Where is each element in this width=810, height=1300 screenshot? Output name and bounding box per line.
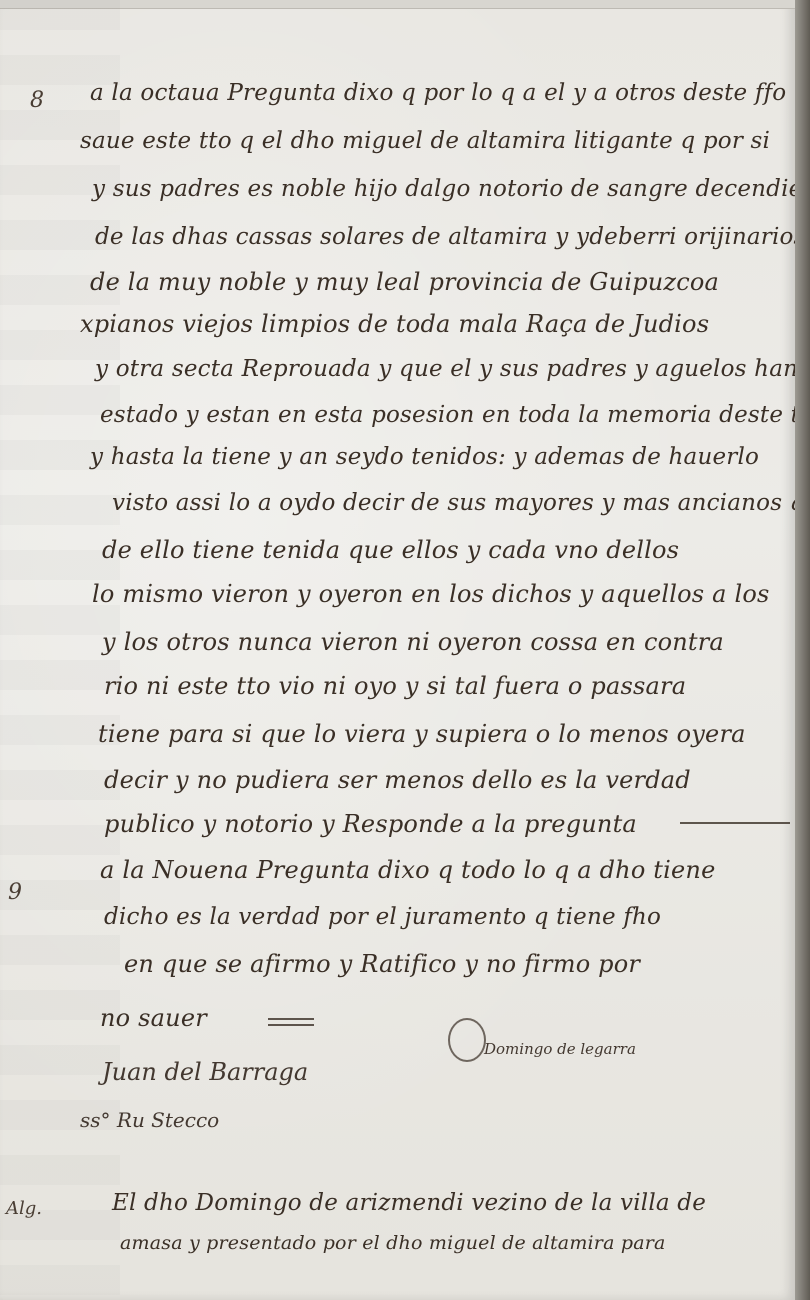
closing-line: El dho Domingo de arizmendi vezino de la… xyxy=(112,1190,706,1216)
text-line: y sus padres es noble hijo dalgo notorio… xyxy=(92,176,810,202)
margin-note-bottom: Alg. xyxy=(6,1198,42,1219)
text-line: lo mismo vieron y oyeron en los dichos y… xyxy=(92,580,770,608)
line-end-rule xyxy=(268,1024,314,1026)
signature-flourish xyxy=(448,1018,486,1062)
signature-domingo-de-legarra: Domingo de legarra xyxy=(484,1040,636,1058)
text-line: y los otros nunca vieron ni oyeron cossa… xyxy=(102,628,724,656)
text-line: tiene para si que lo viera y supiera o l… xyxy=(98,720,746,748)
book-spine xyxy=(795,0,810,1300)
margin-note-9: 9 xyxy=(8,880,22,905)
text-line: y otra secta Reprouada y que el y sus pa… xyxy=(95,356,798,382)
manuscript-page: 8 9 Alg. a la octaua Pregunta dixo q por… xyxy=(0,0,795,1300)
text-line: saue este tto q el dho miguel de altamir… xyxy=(80,128,770,154)
text-line: dicho es la verdad por el juramento q ti… xyxy=(104,904,661,930)
line-end-rule xyxy=(268,1018,314,1020)
text-line: de ello tiene tenida que ellos y cada vn… xyxy=(102,536,679,564)
text-line: de las dhas cassas solares de altamira y… xyxy=(95,224,806,250)
signature-juan-del-barraga: Juan del Barraga xyxy=(102,1058,308,1086)
margin-note-8: 8 xyxy=(30,88,44,113)
text-line: estado y estan en esta posesion en toda … xyxy=(100,402,810,428)
text-line: en que se afirmo y Ratifico y no firmo p… xyxy=(124,950,640,978)
line-end-rule xyxy=(680,822,790,824)
text-line: decir y no pudiera ser menos dello es la… xyxy=(104,766,691,794)
text-line: de la muy noble y muy leal provincia de … xyxy=(90,268,719,296)
closing-line: amasa y presentado por el dho miguel de … xyxy=(120,1232,666,1254)
text-line: a la Nouena Pregunta dixo q todo lo q a … xyxy=(100,856,715,884)
text-line: no sauer xyxy=(100,1004,207,1032)
text-line: visto assi lo a oydo decir de sus mayore… xyxy=(112,490,810,516)
text-line: xpianos viejos limpios de toda mala Raça… xyxy=(80,310,709,338)
text-line: publico y notorio y Responde a la pregun… xyxy=(104,810,637,838)
text-line: y hasta la tiene y an seydo tenidos: y a… xyxy=(90,444,759,470)
text-line: a la octaua Pregunta dixo q por lo q a e… xyxy=(90,80,786,106)
text-line: rio ni este tto vio ni oyo y si tal fuer… xyxy=(104,672,686,700)
signature-notary: ss° Ru Stecco xyxy=(80,1108,219,1132)
